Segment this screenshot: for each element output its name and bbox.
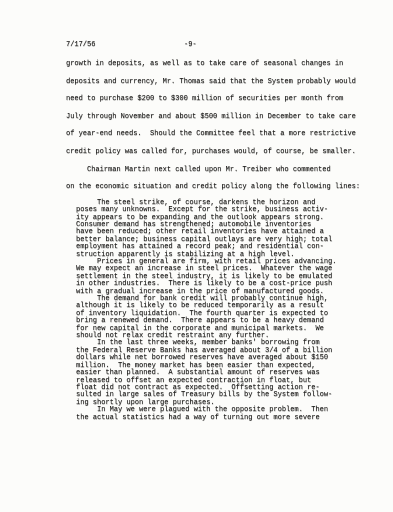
paragraph-continuation: growth in deposits, as well as to take c… (66, 56, 369, 162)
quote-paragraph-steel-strike: The steel strike, of course, darkens the… (76, 200, 369, 259)
quoted-remarks-block: The steel strike, of course, darkens the… (76, 200, 369, 422)
document-page: 7/17/56 -9- growth in deposits, as well … (0, 0, 393, 512)
body-text: growth in deposits, as well as to take c… (66, 56, 369, 197)
quote-paragraph-prices: Prices in general are firm, with retail … (76, 259, 369, 296)
quote-paragraph-member-banks: In the last three weeks, member banks' b… (76, 340, 369, 407)
quote-paragraph-bank-credit: The demand for bank credit will probably… (76, 296, 369, 340)
paragraph-chairman-martin: Chairman Martin next called upon Mr. Tre… (66, 162, 369, 197)
header-date: 7/17/56 (66, 40, 95, 50)
page-header: 7/17/56 -9- (66, 40, 369, 50)
quote-paragraph-may-problem: In May we were plagued with the opposite… (76, 407, 369, 422)
header-page-number: -9- (184, 40, 197, 50)
